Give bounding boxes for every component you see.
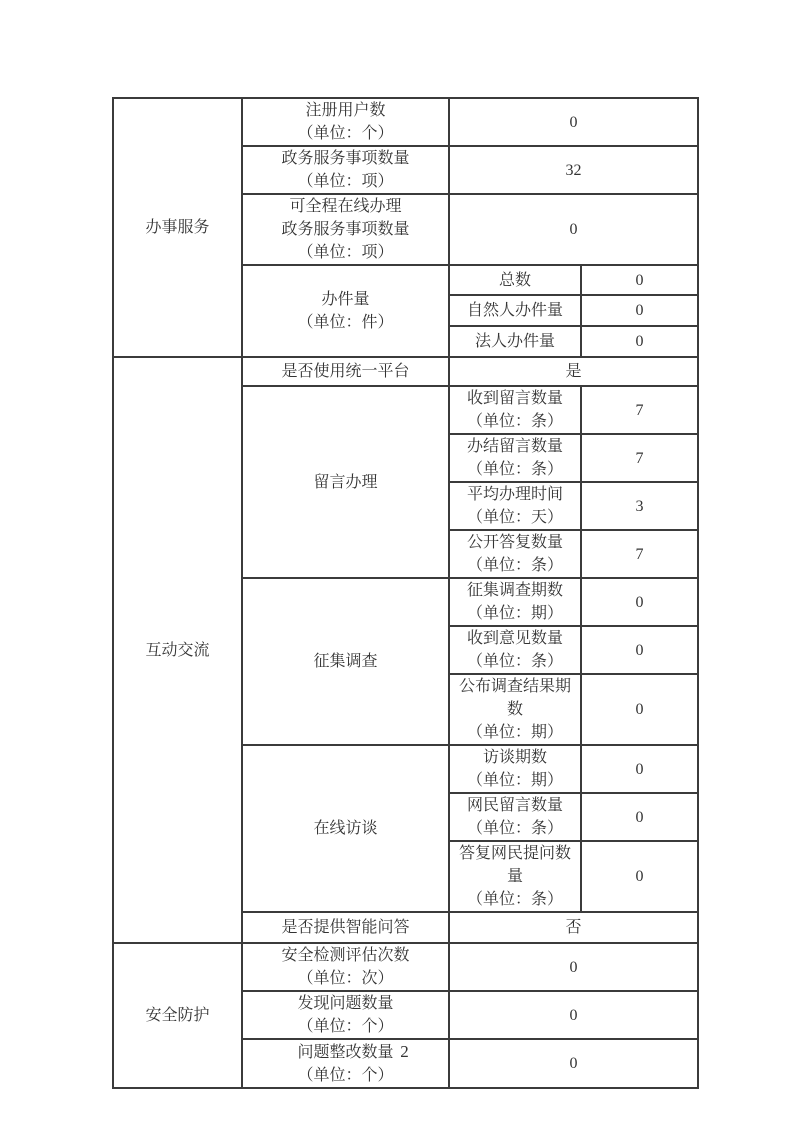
metric-unit: （单位：个） xyxy=(245,1064,446,1087)
metric-label: 办件量 xyxy=(245,288,446,311)
submetric-label: 收到留言数量 xyxy=(452,387,578,410)
metric-label: 注册用户数 xyxy=(245,99,446,122)
submetric-label-cell: 公布调查结果期数 （单位：期） xyxy=(449,674,581,745)
submetric-value-cell: 3 xyxy=(581,482,698,530)
metric-unit: （单位：项） xyxy=(245,241,446,264)
metric-label: 可全程在线办理 xyxy=(245,195,446,218)
submetric-value-cell: 0 xyxy=(581,745,698,793)
metric-label-cell: 注册用户数 （单位：个） xyxy=(242,98,449,146)
section-label-banshifuwu: 办事服务 xyxy=(113,98,242,357)
submetric-unit: （单位：天） xyxy=(452,506,578,529)
metric-label-cell: 发现问题数量 （单位：个） xyxy=(242,991,449,1039)
metric-group-label-cell: 办件量 （单位：件） xyxy=(242,265,449,357)
submetric-value-cell: 0 xyxy=(581,265,698,295)
section-label-hudongjiaoliu: 互动交流 xyxy=(113,357,242,943)
submetric-label: 征集调查期数 xyxy=(452,579,578,602)
submetric-label-cell: 自然人办件量 xyxy=(449,295,581,326)
submetric-label: 平均办理时间 xyxy=(452,483,578,506)
metric-label: 安全检测评估次数 xyxy=(245,944,446,967)
metric-group-label-cell: 征集调查 xyxy=(242,578,449,745)
metric-group-label-cell: 在线访谈 xyxy=(242,745,449,912)
submetric-value-cell: 0 xyxy=(581,793,698,841)
metric-label: 发现问题数量 xyxy=(245,992,446,1015)
metric-label-cell: 是否使用统一平台 xyxy=(242,357,449,386)
metric-value-cell: 0 xyxy=(449,194,698,265)
submetric-label: 网民留言数量 xyxy=(452,794,578,817)
submetric-label-cell: 访谈期数 （单位：期） xyxy=(449,745,581,793)
submetric-label-cell: 网民留言数量 （单位：条） xyxy=(449,793,581,841)
metric-label: 政务服务事项数量 xyxy=(245,147,446,170)
metric-label-cell: 政务服务事项数量 （单位：项） xyxy=(242,146,449,194)
submetric-unit: （单位：条） xyxy=(452,817,578,840)
metric-value-cell: 是 xyxy=(449,357,698,386)
submetric-unit: （单位：期） xyxy=(452,769,578,792)
submetric-unit: （单位：期） xyxy=(452,602,578,625)
section-label-anquanfanghu: 安全防护 xyxy=(113,943,242,1088)
submetric-label-cell: 征集调查期数 （单位：期） xyxy=(449,578,581,626)
submetric-value-cell: 0 xyxy=(581,578,698,626)
submetric-value-cell: 7 xyxy=(581,386,698,434)
metric-label-cell: 安全检测评估次数 （单位：次） xyxy=(242,943,449,991)
submetric-label: 公布调查结果期数 xyxy=(452,675,578,721)
metric-value-cell: 32 xyxy=(449,146,698,194)
submetric-value-cell: 0 xyxy=(581,626,698,674)
metric-unit: （单位：件） xyxy=(245,311,446,334)
submetric-value-cell: 0 xyxy=(581,841,698,912)
metric-value-cell: 0 xyxy=(449,991,698,1039)
submetric-unit: （单位：期） xyxy=(452,721,578,744)
page-number: 2 xyxy=(112,1042,697,1062)
submetric-label: 办结留言数量 xyxy=(452,435,578,458)
submetric-value-cell: 0 xyxy=(581,295,698,326)
report-table: 办事服务 注册用户数 （单位：个） 0 政务服务事项数量 （单位：项） 32 可… xyxy=(112,97,699,1089)
metric-label-cell: 可全程在线办理 政务服务事项数量 （单位：项） xyxy=(242,194,449,265)
submetric-label-cell: 收到意见数量 （单位：条） xyxy=(449,626,581,674)
submetric-unit: （单位：条） xyxy=(452,650,578,673)
metric-value-cell: 0 xyxy=(449,943,698,991)
submetric-label-cell: 平均办理时间 （单位：天） xyxy=(449,482,581,530)
submetric-value-cell: 0 xyxy=(581,674,698,745)
submetric-unit: （单位：条） xyxy=(452,410,578,433)
metric-unit: （单位：个） xyxy=(245,1015,446,1038)
submetric-value-cell: 7 xyxy=(581,434,698,482)
submetric-unit: （单位：条） xyxy=(452,888,578,911)
submetric-label-cell: 法人办件量 xyxy=(449,326,581,357)
submetric-label: 公开答复数量 xyxy=(452,531,578,554)
metric-group-label-cell: 留言办理 xyxy=(242,386,449,578)
metric-value-cell: 否 xyxy=(449,912,698,943)
submetric-label-cell: 总数 xyxy=(449,265,581,295)
submetric-value-cell: 7 xyxy=(581,530,698,578)
submetric-label-cell: 答复网民提问数量 （单位：条） xyxy=(449,841,581,912)
metric-label-line2: 政务服务事项数量 xyxy=(245,218,446,241)
submetric-label: 答复网民提问数量 xyxy=(452,842,578,888)
document-page: 办事服务 注册用户数 （单位：个） 0 政务服务事项数量 （单位：项） 32 可… xyxy=(0,0,793,1122)
metric-label-cell: 是否提供智能问答 xyxy=(242,912,449,943)
submetric-label: 访谈期数 xyxy=(452,746,578,769)
submetric-label: 收到意见数量 xyxy=(452,627,578,650)
submetric-label-cell: 收到留言数量 （单位：条） xyxy=(449,386,581,434)
submetric-unit: （单位：条） xyxy=(452,458,578,481)
submetric-value-cell: 0 xyxy=(581,326,698,357)
submetric-label-cell: 公开答复数量 （单位：条） xyxy=(449,530,581,578)
metric-unit: （单位：次） xyxy=(245,967,446,990)
submetric-unit: （单位：条） xyxy=(452,554,578,577)
metric-unit: （单位：项） xyxy=(245,170,446,193)
submetric-label-cell: 办结留言数量 （单位：条） xyxy=(449,434,581,482)
metric-value-cell: 0 xyxy=(449,98,698,146)
metric-unit: （单位：个） xyxy=(245,122,446,145)
